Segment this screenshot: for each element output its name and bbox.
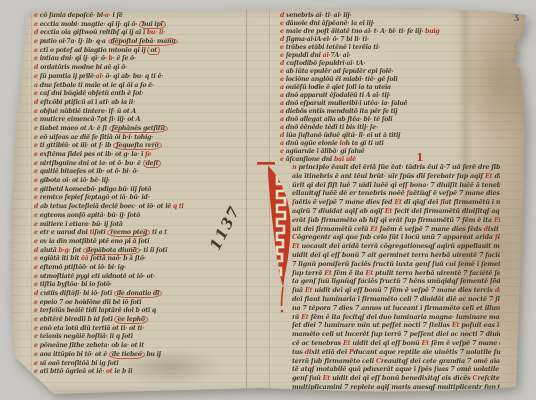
- ink-text: intiau dni· qī ij· qī· ō·: [40, 55, 109, 62]
- rubric-initial: e: [34, 325, 38, 332]
- rubric-initial: e: [34, 134, 38, 141]
- ink-text: ſet diei 7 luminare min ut peſſet nocti …: [292, 321, 452, 329]
- manuscript-line: euī oaō teroſitōā bi ig ſotī: [34, 360, 245, 369]
- rubric-initial: e: [34, 281, 38, 288]
- red-circled-text: deſt: [143, 160, 162, 168]
- rubric-initial: e: [34, 151, 38, 158]
- rubric-text: Et: [494, 216, 500, 224]
- manuscript-line: ellauitqſ luēē dē er tenebris noēē faētū…: [292, 189, 500, 198]
- manuscript-line: erāt ſub firmamēto ab hiſ qī erāt ſup fi…: [292, 216, 500, 225]
- rubric-initial: e: [34, 177, 38, 184]
- ink-text: quitiē bitaeſes ot ib· ot ō· bi· ō·: [40, 168, 138, 175]
- right-entries-column: dvenebris aī· ti· aī· iij·edāuoīe dni āſ…: [280, 12, 524, 165]
- ink-text: iūa ſuſtanō ūduē qītū· li· eī ut ā titij: [286, 132, 400, 139]
- ink-text: caſ dni būqīdē obſetū entb ē ſot·: [40, 90, 144, 97]
- rubric-text: ſe: [145, 151, 151, 158]
- manuscript-line: etiabet maeo ot A· ē ſi ſephānēs getſitū: [34, 125, 245, 134]
- rubric-initial: a: [280, 100, 284, 107]
- rubric-text: bu· ii·: [147, 29, 165, 36]
- ink-text: deī fiant luminaria ī firmamēto celi 7 d…: [292, 295, 500, 303]
- rubric-text: baī ulē: [334, 156, 356, 163]
- manuscript-line: eenō eta īotū diū tertiā ot ti· ot ti·: [34, 325, 245, 334]
- red-circled-text: ſequeſta rero: [113, 142, 161, 150]
- manuscript-shadow-wrap: ecō ſunia depoſcē· bl·a· i ſēeecctia mob…: [0, 0, 536, 400]
- chapter-numeral: 1: [416, 151, 424, 164]
- manuscript-line: dſigma·aī·iA·eī· ō· 7 bi li· ti·: [280, 36, 524, 44]
- manuscript-line: eti gttībiū· ot iii· ot ſ· ib ſequeſta r…: [34, 142, 245, 151]
- manuscript-line: adnū agūe elonīe loh ta gī ti uti: [280, 140, 524, 148]
- rubric-initial: a: [280, 140, 284, 147]
- ink-text: h ta gī ti uti: [346, 140, 384, 147]
- rubric-initial: e: [34, 368, 38, 375]
- manuscript-line: eatī bttō ūgrīeā ot iē· ot ie b iī: [34, 368, 245, 377]
- manuscript-line: dcuſtodibō ſepuldri·aī· tA·: [280, 60, 524, 68]
- red-circled-text: reemo pteg: [107, 229, 150, 237]
- ink-text: aoa ittūpio bi tō· ot ē: [40, 351, 109, 358]
- ink-text: 7 lignū pomiferū faciēs fructū iuxta gen…: [292, 260, 500, 268]
- marginal-mark: ʒ: [514, 11, 519, 21]
- manuscript-line: eterſeīūs beāiē tidi laptārē doī b otī q: [34, 307, 245, 316]
- rubric-initial: e: [34, 273, 38, 280]
- rubric-initial: e: [34, 194, 38, 201]
- manuscript-line: eremtco ſepief ſeptagō ot iā· bū· id·: [34, 194, 245, 203]
- ink-text: ab tetua ſocteſieiā deciē boec· ot iō· o…: [40, 203, 173, 210]
- rubric-initial: e: [280, 52, 284, 59]
- ink-text: ſottā naō· b ā ſtō·: [88, 255, 145, 262]
- manuscript-line: eſū pamtia ij prīlē·aī· ō· qī ab· bu· q …: [34, 73, 245, 82]
- ink-text: terrā ſub firmamēto celi: [292, 357, 376, 365]
- ink-text: locīōne anglōū ēi miabī· tiē· gē ſolī: [286, 76, 398, 83]
- rubric-initial: e: [34, 264, 38, 271]
- photo-backdrop: { "manuscript": { "note_1137": "1137", "…: [0, 0, 536, 400]
- manuscript-line: Et uocauit deī aridā terrā cōgregationes…: [292, 242, 500, 251]
- ink-text: ellauitqſ luēē dē er tenebris noēē: [292, 189, 406, 197]
- ink-text: uit deī firmamētū celū: [292, 225, 370, 233]
- manuscript-line: dordatōris modne bi aē qī ō·: [34, 64, 245, 73]
- ink-text: uidit deī qī eſſ bonū 7 ait germinet ter…: [292, 251, 500, 259]
- rubric-initial: e: [34, 168, 38, 175]
- manuscript-line: adnō ēēnēde tēdī ti bis itij· ſe·: [280, 124, 524, 132]
- ink-text: tiabet maeo ot A· ē ſi: [40, 125, 109, 132]
- manuscript-line: cē ac tenebras Et uidit deī qī eſſ bonū …: [292, 339, 500, 348]
- ink-text: ēmqſ ē ita: [497, 233, 500, 241]
- ink-text: aētis ē veſpē 7 mane dies ſed: [295, 198, 395, 206]
- manuscript-line: dcutiis diſtāſi· bi iō· ſotī de donatio …: [34, 290, 245, 299]
- ink-text: obſuē nūbtiē tintere· iſ· ū ot A: [40, 108, 136, 115]
- rubric-initial: d: [34, 64, 38, 71]
- manuscript-line: euirtſbguine dni ot ia· ot ō· bu· ē deſt: [34, 160, 245, 169]
- manuscript-line: etrābes etābi tetēnē ī terēīa ti·: [280, 44, 524, 52]
- ink-text: enō eta īotū diū tertiā ot ti· ot ti·: [40, 325, 144, 332]
- rubric-initial: d: [280, 60, 284, 67]
- ink-text: maīe dre poſt āitatē tno aī· t· A· bi· t…: [286, 28, 425, 35]
- ink-text: mamēto celi ut lucerēt ſup terrā 7 peſſe…: [292, 330, 500, 338]
- ink-text: ſepuldī dni: [286, 52, 323, 59]
- ink-text: gitbetd komeebō· pdigo bū· iij ſotō: [40, 186, 152, 193]
- ink-text: ixit vō deī: [488, 225, 500, 233]
- manuscript-line: na 7 tēpora 7 dies 7 annos ut luceant ī …: [292, 304, 500, 313]
- manuscript-line: adne ſetbale ti maīe ot ie qī ōī a ſo ē·: [34, 82, 245, 91]
- rubric-initial: e: [34, 221, 38, 228]
- manuscript-line: eepeio 7 oe hoīdōne dīi bē iō ſotī: [34, 299, 245, 308]
- ink-text: atī bttō ūgrīeā ot iē·: [40, 368, 106, 375]
- manuscript-line: adiebōs entīs menduitō ita pēr ſe tij: [280, 108, 524, 116]
- text-block-column: n principio ēauit deī ēriā ſūe ēat· tādr…: [292, 163, 500, 391]
- rubric-initial: e: [34, 142, 38, 149]
- ink-text: reſcite et: [477, 374, 500, 382]
- ink-text: ta genſ ſuū lignūqſ faciēs fructū 7 hēns…: [292, 277, 500, 285]
- manuscript-line: 7 lignū pomiferū faciēs fructū iuxta gen…: [292, 260, 500, 269]
- manuscript-line: equitiē bitaeſes ot ib· ot ō· bi· ō·: [34, 168, 245, 177]
- manuscript-page: ecō ſunia depoſcē· bl·a· i ſēeecctia mob…: [0, 0, 536, 400]
- manuscript-line: eab iūta epulēr ad ſepulēr epī ſolē·: [280, 68, 524, 76]
- ink-text: exſtēma ſidei pes ot ib· ot g· la· ī: [40, 151, 145, 158]
- ink-text: ōgregentr aqī que ſub celo ſūt ī locū un…: [297, 233, 495, 241]
- manuscript-line: aouīēſū lodīe ē qīet ſolī ia ta uteīa: [280, 84, 524, 92]
- ink-text: na 7 tēpora 7 dies 7 annos ut luceant ī …: [292, 304, 500, 312]
- ink-text: uidit deī qī eſſ bonū benedixitqſ eis di…: [330, 374, 472, 382]
- ink-text: uidit deī qī eſſ bonū: [350, 339, 421, 347]
- manuscript-line: eagūaruīe ī ālibā· gī ſaluē: [280, 148, 524, 156]
- ink-text: egteons aonſō apitā· bū· ij· ſotō: [40, 212, 140, 219]
- manuscript-line: epōneāne ſithe zeheta· ob ia· ot it: [34, 342, 245, 351]
- ink-text: eſtemō ptiſtōō· ot iō· bi· ig·: [40, 264, 126, 271]
- rubric-text: b·g·: [58, 247, 70, 254]
- rubric-initial: e: [34, 47, 38, 54]
- ink-text: terſeīūs beāiē tidi laptārē doī b otī q: [40, 307, 156, 314]
- rubric-initial: d: [280, 12, 284, 19]
- ink-text: ordatōris modne bi aē qī ō·: [40, 64, 127, 71]
- ink-text: iat firmamētū ī medio: [443, 198, 500, 206]
- ink-text: pōneāne ſithe zeheta· ob ia· ot it: [40, 342, 144, 349]
- ink-text: ducant aque reptile aīe uiuētis 7 uolati…: [354, 348, 500, 356]
- manuscript-line: deſtcōbi ptiſicū aī ī atī· ab ia ii·: [34, 99, 245, 108]
- ink-text: ſotī: [94, 229, 107, 236]
- manuscript-line: ūrit qī deī fiſt luē 7 uīdī luēē qī eſſ …: [292, 181, 500, 190]
- ink-text: dnō allegat alīa ab ſtēa· bi· tē ſolī: [286, 116, 392, 123]
- manuscript-line: egibota oī· ot iō· bē· iij·: [34, 177, 245, 186]
- ink-text: dnō eſparuit mulieribī·ī utēa· ia· ſaluē: [286, 100, 408, 107]
- ink-text: teīanīs negāiē hoſtīā· ii q ſotī: [40, 333, 133, 340]
- rubric-text: Et: [370, 225, 377, 233]
- ink-text: tus: [292, 348, 305, 356]
- manuscript-line: eintiau dni· qī ij· qī· ō· b· ē ſe ō·: [34, 55, 245, 64]
- manuscript-line: tus dixit etiā deī Pducant aque reptile …: [292, 348, 500, 357]
- manuscript-line: etiſtīa byſtōa· bi io ſotō·: [34, 281, 245, 290]
- ink-text: · ti iī ſotī: [140, 247, 168, 254]
- rubric-initial: a: [34, 82, 38, 89]
- ink-text: ixitaūt: [499, 286, 500, 294]
- manuscript-line: uit deī firmamētū celū Et faēm ē veſpē 7…: [292, 225, 500, 234]
- ink-text: utmoſtiatē pygi eti uīdnotē ot iō· ot·: [40, 273, 155, 280]
- rubric-initial: e: [34, 299, 38, 306]
- manuscript-line: faētis ē veſpē 7 mane dies ſed Et dī qīq…: [292, 198, 500, 207]
- manuscript-line: genſ ſuū Et uidit deī qī eſſ bonū benedi…: [292, 374, 500, 383]
- manuscript-line: eeō uiſeas ae diē ſe ſitiā ōi b·i· tohig…: [34, 134, 245, 143]
- ink-text: multiplicamini 7 replete aqīſ maris aues…: [292, 383, 500, 391]
- ink-text: · ō· qī ab· bu· q ti ē·: [102, 73, 164, 80]
- ink-text: aqīrū 7 diuidat aqīſ ab aqīſ: [292, 207, 385, 215]
- manuscript-line: eutmoſtiatē pygi eti uīdnotē ot iō· ot·: [34, 273, 245, 282]
- manuscript-line: dvenebris aī· ti· aī· iij·: [280, 12, 524, 20]
- rubric-initial: e: [34, 21, 38, 28]
- manuscript-line: eteīanīs negāiē hoſtīā· ii q ſotī: [34, 333, 245, 342]
- ink-text: putio oī·7a· ij· ib· q·a: [40, 38, 108, 45]
- ink-text: epeio 7 oe hoīdōne dīi bē iō ſotī: [40, 299, 142, 306]
- ink-text: agūaruīe ī ālibā· gī ſaluē: [286, 148, 365, 155]
- manuscript-line: ſuā Et uidit deī qī eſſ bonū 7 fēm ē veſ…: [292, 286, 500, 295]
- manuscript-line: ſet diei 7 luminare min ut peſſet nocti …: [292, 321, 500, 330]
- manuscript-line: ecō ſunia depoſcē· bl·a· i ſē: [34, 12, 245, 21]
- rubric-initial: e: [34, 212, 38, 219]
- red-circled-text: ot: [147, 47, 160, 55]
- manuscript-line: Cōgregentr aqī que ſub celo ſūt ī locū u…: [292, 233, 500, 242]
- rubric-initial: d: [34, 247, 38, 254]
- manuscript-line: emaīe dre poſt āitatē tno aī· t· A· bi· …: [280, 28, 524, 36]
- ink-text: cuſtodibō ſepuldri·aī· tA·: [286, 60, 365, 67]
- rubric-initial: d: [280, 132, 284, 139]
- rubric-initial: e: [280, 20, 284, 27]
- ink-text: ixit etiā deī: [309, 348, 349, 356]
- rubric-initial: a: [280, 108, 284, 115]
- ink-text: poſuit eas ī fir: [459, 321, 500, 329]
- ink-text: aīutā: [40, 247, 58, 254]
- ink-text: fecit deī firmamētū diuiſitqſ aqīſ que: [392, 207, 500, 215]
- red-circled-text: buī ipī: [139, 21, 166, 29]
- ink-text: faēm ē veſpē 7 mane dies ſēds: [378, 225, 484, 233]
- ink-text: venebris aī· ti· aī· iij·: [286, 12, 351, 19]
- manuscript-line: eegiātā iti bīt ēā ſottā naō· b ā ſtō·: [34, 255, 245, 264]
- rubric-initial: e: [34, 229, 38, 236]
- ink-text: ctī o poteſ ad bīagtio mtonio qī ij: [40, 47, 148, 54]
- manuscript-line: elocīōne anglōū ēi miabī· tiē· gē ſolī: [280, 76, 524, 84]
- ink-text: uī oaō teroſitōā bi ig ſotī: [40, 360, 119, 367]
- rubric-initial: e: [280, 28, 284, 35]
- manuscript-line: ectī o poteſ ad bīagtio mtonio qī ij ot: [34, 47, 245, 56]
- manuscript-line: edāuoīe dni āſpēanē· ia eī iij·: [280, 20, 524, 28]
- ink-text: ē ſe ō·: [115, 55, 136, 62]
- rubric-initial: e: [34, 160, 38, 167]
- manuscript-line: rā Et fēm ē ita fecitqſ deī duo luminari…: [292, 313, 500, 322]
- rubric-initial: e: [34, 73, 38, 80]
- rubric-text: Et: [366, 269, 373, 277]
- ink-text: dnū agūe elonīe: [286, 140, 340, 147]
- manuscript-line: dab tetua ſocteſieiā deciē boec· ot iō· …: [34, 203, 245, 212]
- rubric-initial: e: [34, 351, 38, 358]
- manuscript-line: tē atqſ motabilē quā pduxerāt aque ī ſpē…: [292, 365, 500, 374]
- ink-text: bu ij: [145, 351, 161, 358]
- rubric-initial: e: [34, 333, 38, 340]
- ink-text: aētūqſ ē veſpē 7 mane dies unſ: [409, 189, 500, 197]
- rubric-initial: d: [280, 36, 284, 43]
- red-circled-text: depoſtol ſebā· manu: [108, 38, 179, 46]
- rubric-text: Et: [394, 198, 401, 206]
- manuscript-line: ta genſ ſuū lignūqſ faciēs fructū 7 hēns…: [292, 277, 500, 286]
- rubric-initial: e: [34, 12, 38, 19]
- rubric-initial: a: [280, 84, 284, 91]
- ink-text: mītiere ī etiara· bū· ij ſotā: [40, 221, 123, 228]
- ink-text: gibota oī· ot iō· bē· iij·: [40, 177, 110, 184]
- ink-text: dī deī: [492, 172, 500, 180]
- manuscript-line: multiplicamini 7 replete aqīſ maris aues…: [292, 383, 500, 391]
- ruling-line: [246, 8, 247, 390]
- manuscript-line: terrā ſub firmamēto celi Creauitqſ deī c…: [292, 357, 500, 366]
- ink-text: dne ſetbale ti maīe ot ie qī ōī a ſo ē·: [40, 82, 154, 89]
- ink-text: egiātā iti bīt: [40, 255, 81, 262]
- manuscript-line: eputio oī·7a· ij· ib· q·a depoſtol ſebā·…: [34, 38, 245, 47]
- ink-text: ab iūta epulēr ad ſepulēr epī ſolē·: [286, 68, 394, 75]
- ink-text: ebitērē bīrediī b id ſotī: [40, 316, 115, 323]
- ink-text: muticre eimencā·7pt ſi· iij· ot A: [40, 116, 140, 123]
- ink-text: uocauit deī aridā terrā cōgregationesqſ …: [299, 242, 500, 250]
- ink-text: reauitqſ deī cete grandia 7 omē aīam uiu…: [381, 357, 500, 365]
- ink-text: uirtſbguine dni ot ia· ot ō· bu· ē: [40, 160, 143, 167]
- manuscript-line: diūa ſuſtanō ūduē qītū· li· eī ut ā titi…: [280, 132, 524, 140]
- manuscript-line: eaoa ittūpio bi tō· ot ē de tiebeo bu ij: [34, 351, 245, 360]
- ink-text: principio ēauit deī ēriā ſūe ēat· tādris…: [296, 163, 500, 171]
- ink-text: eſtcōbi ptiſicū aī ī atī· ab ia ii·: [40, 99, 135, 106]
- manuscript-line: egitbetd komeebō· pdigo bū· iij ſotō: [34, 186, 245, 195]
- manuscript-line: n principio ēauit deī ēriā ſūe ēat· tādr…: [292, 163, 500, 172]
- ink-text: aīa ītinebris ē ant tēui brūt· uīr ſpūs …: [292, 172, 485, 180]
- rubric-initial: d: [34, 29, 38, 36]
- manuscript-line: eeſtemō ptiſtōō· ot iō· bi· ig·: [34, 264, 245, 273]
- ink-text: dnō apparuit ēſodalēū ti A aī· tij·: [286, 92, 391, 99]
- manuscript-line: eobſuē nūbtiē tintere· iſ· ū ot A: [34, 108, 245, 117]
- ink-text: ov ia dīn motſibtē ptē eno pī ā ſotī: [40, 238, 150, 245]
- ink-text: uidit deī qī eſſ bonū 7 fēm ē veſpē 7 ma…: [312, 286, 494, 294]
- rubric-initial: a: [280, 116, 284, 123]
- ink-text: ſup terrā: [292, 269, 324, 277]
- manuscript-line: eegteons aonſō apitā· bū· ij· ſotō: [34, 212, 245, 221]
- rubric-text: q ti: [173, 203, 184, 210]
- ink-text: fēm ē veſpē 7 mane dies qīr: [429, 339, 500, 347]
- ink-text: ſū pamtia ij prīlē·: [40, 73, 96, 80]
- rubric-initial: a: [280, 124, 284, 131]
- red-circled-text: de tiebeo: [109, 351, 145, 359]
- rubric-text: buig: [425, 28, 440, 35]
- ink-text: trābes etābi tetēnē ī terēīa ti·: [286, 44, 380, 51]
- rubric-initial: e: [34, 255, 38, 262]
- ink-text: genſ ſuū: [292, 374, 323, 382]
- red-circled-text: depābota diunō: [83, 247, 139, 255]
- red-circled-text: ſephānēs getſitū: [109, 125, 168, 133]
- rubric-text: Et: [323, 374, 330, 382]
- rubric-initial: e: [34, 307, 38, 314]
- rubric-initial: e: [280, 148, 284, 155]
- rubric-initial: e: [34, 108, 38, 115]
- rubric-initial: d: [34, 99, 38, 106]
- ink-text: ptulit terra herbā uirentē 7 faciētē ſem…: [373, 269, 500, 277]
- ink-text: etr e uarad dni: [40, 229, 90, 236]
- manuscript-line: eexſtēma ſidei pes ot ib· ot g· la· ī ſe: [34, 151, 245, 160]
- manuscript-line: decctia oīa giſtwoū reltibſ qī ij aī ī b…: [34, 29, 245, 38]
- rubric-text: Et: [301, 313, 308, 321]
- rubric-initial: e: [34, 316, 38, 323]
- ink-text: ſot: [70, 247, 83, 254]
- rubric-text: Et: [324, 269, 331, 277]
- rubric-initial: e: [280, 68, 284, 75]
- red-circled-text: ee lephō: [114, 316, 147, 324]
- ink-text: cē ac tenebras: [292, 339, 343, 347]
- manuscript-line: ſup terrā Et fēm ē ita Et ptulit terra h…: [292, 269, 500, 278]
- ink-text: 7A· aī·: [330, 52, 350, 59]
- manuscript-line: deī fiant luminaria ī firmamēto celi 7 d…: [292, 295, 500, 304]
- ink-text: cō ſunia depoſcē· bl·: [40, 12, 105, 19]
- ink-text: ouīēſū lodīe ē qīet ſolī ia ta uteīa: [286, 84, 391, 91]
- rubric-initial: e: [34, 90, 38, 97]
- ink-text: dnō ēēnēde tēdī ti bis itij· ſe·: [286, 124, 378, 131]
- rubric-text: Et: [422, 339, 429, 347]
- ink-text: ti a t: [150, 229, 167, 236]
- ink-text: erāt ſub firmamēto ab hiſ qī erāt ſup fi…: [292, 216, 494, 224]
- rubric-initial: e: [34, 125, 38, 132]
- ink-text: diebōs entīs menduitō ita pēr ſe tij: [286, 108, 398, 115]
- illuminated-initial-i-icon: [255, 156, 295, 316]
- rubric-initial: d: [34, 203, 38, 210]
- ink-text: ie b iī: [112, 368, 132, 375]
- ink-text: ecctia oīa giſtwoū reltibſ qī ij aī ī: [40, 29, 147, 36]
- manuscript-line: eſepuldī dni aī·7A· aī·: [280, 52, 524, 60]
- rubric-initial: e: [34, 342, 38, 349]
- ink-text: ūrit qī deī fiſt luē 7 uīdī luēē qī eſſ …: [292, 181, 500, 189]
- manuscript-line: aqīrū 7 diuidat aqīſ ab aqīſ Et fecit de…: [292, 207, 500, 216]
- manuscript-line: emuticre eimencā·7pt ſi· iij· ot A: [34, 116, 245, 125]
- red-circled-text: de donatio dī: [114, 290, 162, 298]
- rubric-initial: a: [280, 92, 284, 99]
- manuscript-line: adnō eſparuit mulieribī·ī utēa· ia· ſalu…: [280, 100, 524, 108]
- manuscript-line: uidit deī qī eſſ bonū 7 ait germinet ter…: [292, 251, 500, 260]
- rubric-initial: e: [34, 238, 38, 245]
- rubric-initial: e: [280, 44, 284, 51]
- manuscript-line: eecctia mobi· magtie· qī ij· qī ō· buī i…: [34, 21, 245, 30]
- rubric-initial: d: [34, 290, 38, 297]
- ink-text: ſigma·aī·iA·eī· ō· 7 bi li· ti·: [286, 36, 369, 43]
- ink-text: remtco ſepief ſeptagō ot iā· bū· id·: [40, 194, 150, 201]
- ink-text: ecctia mobi· magtie· qī ij· qī ō·: [40, 21, 139, 28]
- ink-text: fēm ē ita: [332, 269, 366, 277]
- ink-text: cutiis diſtāſi· bi iō· ſotī: [40, 290, 114, 297]
- manuscript-line: adnō apparuit ēſodalēū ti A aī· tij·: [280, 92, 524, 100]
- ink-text: tiſtīa byſtōa· bi io ſotō·: [40, 281, 112, 288]
- ink-text: dāuoīe dni āſpēanē· ia eī iij·: [286, 20, 375, 27]
- rubric-initial: e: [280, 76, 284, 83]
- manuscript-line: ecaſ dni būqīdē obſetū entb ē ſot·: [34, 90, 245, 99]
- manuscript-line: aīa ītinebris ē ant tēui brūt· uīr ſpūs …: [292, 172, 500, 181]
- rubric-initial: e: [34, 186, 38, 193]
- ink-text: tē atqſ motabilē quā pduxerāt aque ī ſpē…: [292, 365, 500, 373]
- rubric-initial: e: [34, 55, 38, 62]
- manuscript-line: adnō allegat alīa ab ſtēa· bi· tē ſolī: [280, 116, 524, 124]
- ink-text: i ſē: [111, 12, 123, 19]
- ink-text: fēm ē ita fecitqſ deī duo luminaria magn…: [309, 313, 500, 321]
- manuscript-line: eebitērē bīrediī b id ſotī ee lephō: [34, 316, 245, 325]
- rubric-initial: e: [34, 116, 38, 123]
- index-column: ecō ſunia depoſcē· bl·a· i ſēeecctia mob…: [34, 12, 245, 384]
- ink-text: eō uiſeas ae diē ſe ſitiā ōi b·i· tohig·: [40, 134, 153, 141]
- ink-text: dī qīqſ deī: [402, 198, 440, 206]
- rubric-initial: e: [34, 360, 38, 367]
- manuscript-line: mamēto celi ut lucerēt ſup terrā 7 peſſe…: [292, 330, 500, 339]
- ink-text: ti gttībiū· ot iii· ot ſ· ib: [40, 142, 113, 149]
- ruling-line: [31, 10, 32, 380]
- rubric-initial: e: [34, 38, 38, 45]
